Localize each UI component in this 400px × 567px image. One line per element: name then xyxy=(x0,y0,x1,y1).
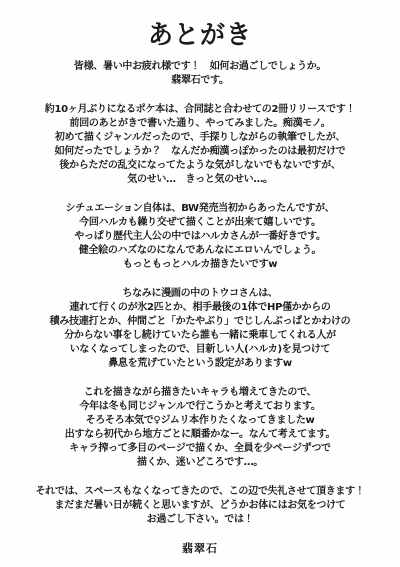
afterword-page: あとがき 皆様、暑い中お疲れ様です！ 如何お過ごしでしょうか。翡翠石です。約10… xyxy=(0,0,400,567)
text-line: 約10ヶ月ぶりになるポケ本は、合同誌と合わせての2冊リリースです！ xyxy=(0,103,400,117)
paragraph-6: それでは、スペースもなくなってきたので、この辺で失礼させて頂きます！まだまだ暑い… xyxy=(0,485,400,527)
afterword-body: 皆様、暑い中お疲れ様です！ 如何お過ごしでしょうか。翡翠石です。約10ヶ月ぶりに… xyxy=(0,60,400,527)
paragraph-5: これを描きながら描きたいキャラも増えてきたので、今年は冬も同じジャンルで行こうか… xyxy=(0,386,400,470)
text-line: 描くか、迷いどころです…。 xyxy=(0,456,400,470)
text-line: ちなみに漫画の中のトウコさんは、 xyxy=(0,287,400,301)
text-line: シチュエーション自体は、BW発売当初からあったんですが、 xyxy=(0,202,400,216)
text-line: もっともっとハルカ描きたいですw xyxy=(0,258,400,272)
text-line: 前回のあとがきで書いた通り、やってみました。痴漢モノ。 xyxy=(0,117,400,131)
text-line: 気のせい… きっと気のせい…。 xyxy=(0,173,400,187)
text-line: いなくなってしまったので、目新しい人(ハルカ)を見つけて xyxy=(0,343,400,357)
text-line: 後からただの乱交になってたような気がしないでもないですが、 xyxy=(0,159,400,173)
author-signature: 翡翠石 xyxy=(0,542,400,556)
text-line: 皆様、暑い中お疲れ様です！ 如何お過ごしでしょうか。 xyxy=(0,60,400,74)
paragraph-2: 約10ヶ月ぶりになるポケ本は、合同誌と合わせての2冊リリースです！前回のあとがき… xyxy=(0,103,400,187)
text-line: 今回ハルカも繰り交ぜて描くことが出来て嬉しいです。 xyxy=(0,216,400,230)
text-line: 初めて描くジャンルだったので、手探りしながらの執筆でしたが、 xyxy=(0,131,400,145)
text-line: 如何だったでしょうか？ なんだか痴漢っぽかったのは最初だけで xyxy=(0,145,400,159)
text-line: これを描きながら描きたいキャラも増えてきたので、 xyxy=(0,386,400,400)
text-line: 健全絵のハズなのになんであんなにエロいんでしょう。 xyxy=(0,244,400,258)
page-title: あとがき xyxy=(0,19,400,51)
text-line: やっぱり歴代主人公の中ではハルカさんが一番好きです。 xyxy=(0,230,400,244)
text-line: お過ごし下さい。では！ xyxy=(0,513,400,527)
text-line: それでは、スペースもなくなってきたので、この辺で失礼させて頂きます！ xyxy=(0,485,400,499)
paragraph-4: ちなみに漫画の中のトウコさんは、連れて行くのが氷2匹とか、相手最後の1体でHP僅… xyxy=(0,287,400,371)
text-line: そろそろ本気で♀ジムリ本作りたくなってきましたw xyxy=(0,414,400,428)
text-line: 翡翠石です。 xyxy=(0,74,400,88)
paragraph-1: 皆様、暑い中お疲れ様です！ 如何お過ごしでしょうか。翡翠石です。 xyxy=(0,60,400,88)
text-line: 鼻息を荒げていたという設定がありますw xyxy=(0,357,400,371)
text-line: キャラ搾って多目のページで描くか、全員を少ページずつで xyxy=(0,442,400,456)
paragraph-3: シチュエーション自体は、BW発売当初からあったんですが、今回ハルカも繰り交ぜて描… xyxy=(0,202,400,272)
text-line: 分からない事をし続けていたら誰も一緒に乗車してくれる人が xyxy=(0,329,400,343)
text-line: まだまだ暑い日が続くと思いますが、どうかお体にはお気をつけて xyxy=(0,499,400,513)
text-line: 今年は冬も同じジャンルで行こうかと考えております。 xyxy=(0,400,400,414)
text-line: 出すなら初代から地方ごとに順番かなー。なんて考えてます。 xyxy=(0,428,400,442)
text-line: 連れて行くのが氷2匹とか、相手最後の1体でHP僅かからの xyxy=(0,301,400,315)
text-line: 積み技連打とか、仲間ごと「かたやぶり」でじしんぶっぱとかわけの xyxy=(0,315,400,329)
